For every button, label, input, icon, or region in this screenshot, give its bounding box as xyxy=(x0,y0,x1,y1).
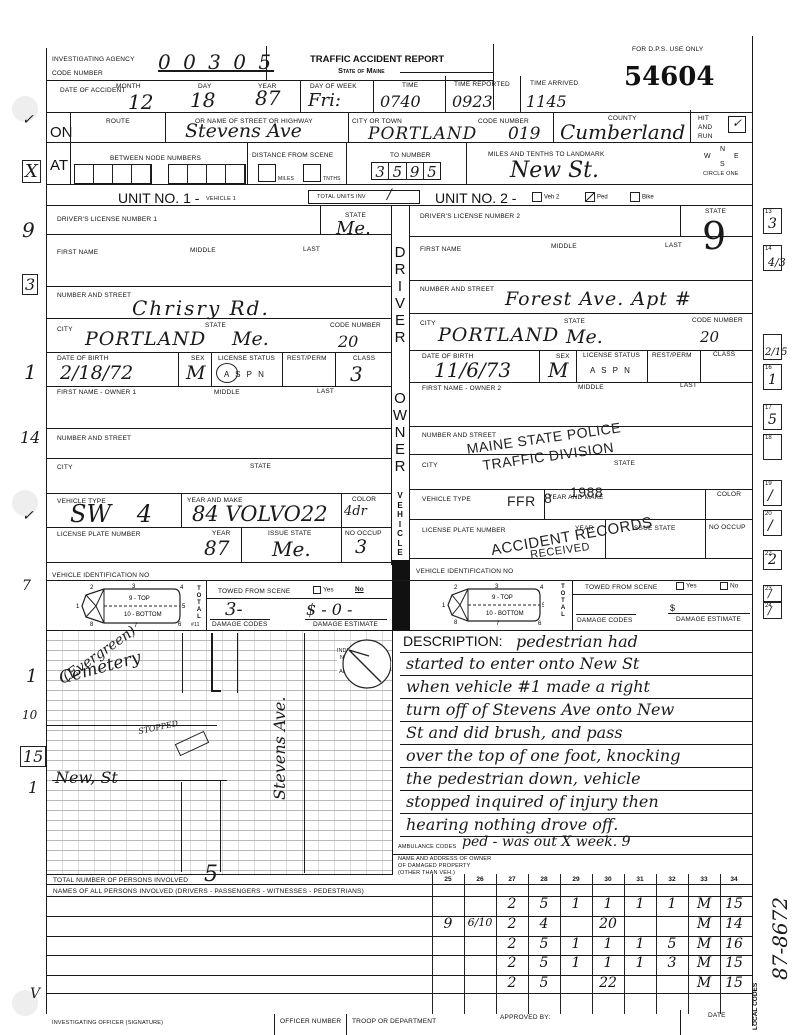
time-arrived-label: Time Arrived xyxy=(530,80,578,87)
u2-city-state-label: State xyxy=(564,318,585,325)
cell: 1 xyxy=(560,936,592,956)
u1-city-state-label: State xyxy=(205,322,226,329)
cell: 2 xyxy=(496,955,528,975)
u1-street-value: Chrisry Rd. xyxy=(132,296,270,320)
u2-license-label: Driver's License Number 2 xyxy=(420,213,520,220)
letter: E xyxy=(392,312,408,329)
month-label: Month xyxy=(116,83,141,90)
u1-street-label: Number and Street xyxy=(57,292,131,299)
margin-box-19[interactable]: 19/ xyxy=(763,480,782,506)
svg-text:4: 4 xyxy=(180,585,184,591)
unit2-bike-option[interactable]: Bike xyxy=(630,192,654,202)
box-value: 2 xyxy=(768,552,777,568)
margin-box-24[interactable]: 24/ xyxy=(763,602,782,619)
u2-damage-codes-label: Damage Codes xyxy=(577,617,633,624)
letter: L xyxy=(193,614,205,621)
cell: 15 xyxy=(720,896,748,916)
margin-box-15[interactable]: 152/15 xyxy=(763,334,782,360)
description-line: stopped inquired of injury then xyxy=(406,792,659,811)
compass-circle-label: Circle One xyxy=(703,171,739,177)
report-subtitle: State of Maine xyxy=(338,66,385,75)
u2-street-value: Forest Ave. Apt # xyxy=(505,288,692,310)
cell xyxy=(432,896,464,916)
person-row[interactable]: 251111M15 xyxy=(432,896,752,916)
cell: 4 xyxy=(528,916,560,936)
u2-plate-label: License Plate Number xyxy=(422,527,506,534)
u2-owner-state-label: State xyxy=(614,460,635,467)
box-value: / xyxy=(768,488,773,504)
divider xyxy=(410,519,752,520)
ambulance-codes-label: Ambulance Codes xyxy=(398,844,456,850)
u1-dob-value: 2/18/72 xyxy=(60,362,133,384)
vehicle-vertical-label: VEHICLE xyxy=(394,491,406,558)
u1-class-value: 3 xyxy=(350,362,363,386)
description-line: turn off of Stevens Ave onto New xyxy=(406,700,674,719)
form-left-border xyxy=(46,48,47,1028)
divider xyxy=(346,142,347,184)
rule xyxy=(400,675,752,676)
u1-plate-year-value: 87 xyxy=(204,536,229,560)
divider xyxy=(400,72,494,73)
divider xyxy=(305,619,387,620)
divider xyxy=(247,142,248,184)
cell xyxy=(624,916,656,936)
divider xyxy=(348,112,349,142)
cell: 1 xyxy=(624,896,656,916)
route-label: Route xyxy=(106,118,130,125)
time-reported-value: 0923 xyxy=(452,92,493,111)
node-number-2-field[interactable] xyxy=(168,164,246,184)
divider xyxy=(493,44,494,110)
cell: 20 xyxy=(592,916,624,936)
margin-box-17[interactable]: 175 xyxy=(763,404,782,430)
distance-miles-field[interactable] xyxy=(258,164,276,182)
svg-text:9 - TOP: 9 - TOP xyxy=(492,595,513,601)
divider xyxy=(320,205,321,235)
rule xyxy=(400,790,752,791)
cell: 2 xyxy=(496,975,528,995)
sketch-new-st: New, St xyxy=(55,768,118,787)
cell: 5 xyxy=(528,936,560,956)
dow-value: Fri: xyxy=(308,90,341,111)
total-persons-label: Total Number of Persons Involved xyxy=(53,877,188,884)
u1-owner-city-label: City xyxy=(57,464,73,471)
cell: 1 xyxy=(624,955,656,975)
svg-text:5: 5 xyxy=(542,603,544,609)
u2-middle-label: Middle xyxy=(551,243,577,250)
report-number: 54604 xyxy=(624,62,714,92)
left-mark: 1 xyxy=(26,666,37,687)
to-number-digit: 5 xyxy=(389,163,406,179)
u2-owner-middle-label: Middle xyxy=(578,384,604,391)
box-number: 20 xyxy=(765,511,772,517)
u1-license-label: Driver's License Number 1 xyxy=(57,216,157,223)
at-label: AT xyxy=(50,157,68,174)
u1-color-value: 4dr xyxy=(344,504,367,519)
svg-text:5: 5 xyxy=(182,604,186,610)
divider xyxy=(70,112,71,184)
person-row[interactable]: 96/102420M14 xyxy=(432,916,752,936)
u1-owner-first-label: First Name - Owner 1 xyxy=(57,389,136,396)
svg-text:6: 6 xyxy=(538,621,542,625)
to-number-digit: 9 xyxy=(407,163,424,179)
divider xyxy=(241,527,242,562)
divider xyxy=(210,619,270,620)
u2-code-label: Code Number xyxy=(692,317,743,324)
year-value: 87 xyxy=(255,86,280,110)
margin-box-18[interactable]: 18 xyxy=(763,434,782,460)
box-number: 19 xyxy=(765,481,772,487)
box-value: 2/15 xyxy=(765,347,787,358)
box-number: 16 xyxy=(765,365,772,371)
divider xyxy=(410,280,752,281)
left-mark: 1 xyxy=(24,360,37,384)
left-mark: ✓ xyxy=(22,508,34,524)
u2-vin-label: Vehicle Identification No xyxy=(416,568,513,575)
officer-number-label[interactable]: Officer Number xyxy=(280,1018,341,1025)
divider xyxy=(668,613,750,614)
u1-occup-value: 3 xyxy=(355,536,367,558)
cell: 2 xyxy=(496,896,528,916)
u1-car-damage-diagram[interactable]: 9 - TOP 10 - BOTTOM 12345678 xyxy=(74,583,186,627)
u2-damage-estimate-label: Damage Estimate xyxy=(676,616,741,623)
cell: 5 xyxy=(528,955,560,975)
letter: R xyxy=(392,458,408,475)
margin-box-14[interactable]: 144/3 xyxy=(763,245,782,271)
u2-car-damage-diagram[interactable]: 9 - TOP 10 - BOTTOM 12345678 xyxy=(440,583,544,625)
u2-towed-no-checkbox[interactable] xyxy=(720,582,728,590)
u2-city-state-value: Me. xyxy=(566,326,603,348)
u1-total-code: #11 xyxy=(191,622,200,628)
u1-city-state-value: Me. xyxy=(232,328,269,350)
divider xyxy=(572,594,752,595)
cell: M xyxy=(688,936,720,956)
divider xyxy=(409,205,410,565)
black-bar xyxy=(392,560,410,630)
letter: E xyxy=(392,441,408,458)
county-value: Cumberland xyxy=(560,120,685,144)
divider xyxy=(393,854,752,855)
form-right-border xyxy=(752,36,753,1026)
cell: 2 xyxy=(496,916,528,936)
divider xyxy=(46,562,392,563)
divider xyxy=(46,352,392,353)
u1-middle-label: Middle xyxy=(190,247,216,254)
cell: 1 xyxy=(560,955,592,975)
box-value: / xyxy=(768,604,772,617)
margin-box-13[interactable]: 133 xyxy=(763,208,782,234)
agency-code-label: Code Number xyxy=(52,70,103,77)
rule xyxy=(400,721,752,722)
rule xyxy=(400,813,752,814)
description-line: over the top of one foot, knocking xyxy=(406,746,680,765)
u2-sex-value: M xyxy=(548,358,568,382)
divider xyxy=(206,580,207,630)
divider xyxy=(410,382,752,383)
divider xyxy=(211,352,212,386)
u2-owner-city-label: City xyxy=(422,462,438,469)
street-value: Stevens Ave xyxy=(185,120,302,142)
u1-license-status-circle xyxy=(216,363,238,383)
troop-department-label[interactable]: Troop or Department xyxy=(352,1018,436,1025)
svg-text:6: 6 xyxy=(178,622,182,627)
hit-run-mark: ✓ xyxy=(732,116,742,130)
miles-label: Miles xyxy=(278,176,294,182)
letter: O xyxy=(557,591,569,598)
time-reported-label: Time Reported xyxy=(454,81,510,88)
distance-tenths-field[interactable] xyxy=(303,164,321,182)
compass-w[interactable]: W xyxy=(704,153,711,160)
letter: A xyxy=(193,607,205,614)
u2-state-mark: 9 xyxy=(702,214,726,258)
unit2-ped-option[interactable]: Ped xyxy=(585,192,608,202)
divider xyxy=(46,386,392,387)
divider xyxy=(539,350,540,382)
letter: E xyxy=(394,501,406,511)
between-node-label: Between Node Numbers xyxy=(110,155,201,162)
sketch-stevens-ave: Stevens Ave. xyxy=(270,697,289,800)
letter: T xyxy=(557,598,569,605)
u1-owner-street-label: Number and Street xyxy=(57,435,131,442)
u2-license-status-label: License Status xyxy=(583,352,640,359)
divider xyxy=(700,350,701,382)
compass-s[interactable]: S xyxy=(720,161,725,168)
code-value: 019 xyxy=(508,124,540,144)
u1-towed-no-selected[interactable]: No xyxy=(355,586,364,593)
hit-run-label: Hit and Run xyxy=(698,114,720,141)
u2-occup-label: No Occup xyxy=(709,524,746,531)
tenths-label: Tnths xyxy=(323,176,341,182)
letter: E xyxy=(394,548,406,558)
divider xyxy=(572,580,573,630)
cell: 9 xyxy=(432,916,464,936)
unit2-title: UNIT NO. 2 - xyxy=(435,190,516,206)
dps-label: For D.P.S. use only xyxy=(632,46,703,53)
u2-street-label: Number and Street xyxy=(420,286,494,293)
margin-box-23[interactable]: 23/ xyxy=(763,585,782,602)
road-edge xyxy=(181,782,182,872)
report-title: TRAFFIC ACCIDENT REPORT xyxy=(310,54,444,65)
person-row[interactable]: 2522M15 xyxy=(432,975,752,995)
u1-sex-label: Sex xyxy=(191,355,205,362)
unit1-title: UNIT NO. 1 - xyxy=(118,190,199,206)
stamp-date-year: 1988 xyxy=(570,484,603,500)
time-arrived-value: 1145 xyxy=(526,92,567,111)
driver-vertical-label: DRIVER xyxy=(392,244,408,346)
divider xyxy=(680,1010,681,1035)
ped-label: Ped xyxy=(597,195,608,201)
to-number-label: To Number xyxy=(390,152,431,159)
cell xyxy=(432,955,464,975)
cell xyxy=(464,896,496,916)
letter: V xyxy=(392,295,408,312)
box-value: 1 xyxy=(768,372,777,388)
unit2-veh-option[interactable]: Veh 2 xyxy=(532,192,559,202)
total-units-value: / xyxy=(387,187,392,203)
u2-owner-last-label: Last xyxy=(680,382,697,389)
cell: M xyxy=(688,896,720,916)
u2-towed-yes[interactable]: Yes xyxy=(676,582,697,590)
divider xyxy=(466,142,467,184)
cell: M xyxy=(688,916,720,936)
u2-damage-dollar: $ xyxy=(670,603,675,613)
cell: 22 xyxy=(592,975,624,995)
left-mark: 1 xyxy=(28,778,38,797)
letter: T xyxy=(193,600,205,607)
road-edge xyxy=(220,780,221,872)
veh2-label: Veh 2 xyxy=(544,195,559,201)
description-line: pedestrian had xyxy=(516,632,638,651)
divider xyxy=(373,80,374,112)
svg-text:8: 8 xyxy=(454,620,458,625)
divider xyxy=(576,350,577,382)
bike-label: Bike xyxy=(642,195,654,201)
u1-towed-label: Towed from Scene xyxy=(218,588,290,595)
u2-color-label: Color xyxy=(717,491,741,498)
u1-owner-last-label: Last xyxy=(317,388,334,395)
letter: I xyxy=(394,520,406,530)
left-mark: V xyxy=(30,986,40,1002)
u2-dob-value: 11/6/73 xyxy=(434,358,511,382)
letter: L xyxy=(394,539,406,549)
total-units-box[interactable]: Total Units Inv / xyxy=(308,190,420,204)
u1-license-state: Me. xyxy=(336,218,371,239)
letter: W xyxy=(392,407,408,424)
letter: N xyxy=(392,424,408,441)
cell: 1 xyxy=(592,936,624,956)
cell: 3 xyxy=(656,955,688,975)
divider xyxy=(178,352,179,386)
svg-text:10 - BOTTOM: 10 - BOTTOM xyxy=(124,612,162,618)
letter: C xyxy=(394,529,406,539)
divider xyxy=(300,80,301,112)
u2-towed-no[interactable]: No xyxy=(720,582,738,590)
cell xyxy=(560,916,592,936)
u2-license-status-options[interactable]: A S P N xyxy=(590,366,632,375)
divider xyxy=(46,580,752,581)
cell xyxy=(656,975,688,995)
u1-damage-estimate-value: $ - 0 - xyxy=(306,600,352,619)
agency-label: Investigating Agency xyxy=(52,56,135,63)
u1-issue-state-label: Issue State xyxy=(268,530,312,537)
description-label: DESCRIPTION: xyxy=(403,633,503,649)
u1-year-make-value: 84 VOLVO22 xyxy=(192,502,328,526)
to-number-digit: 5 xyxy=(424,163,440,179)
u1-damage-estimate-label: Damage Estimate xyxy=(313,621,378,628)
divider xyxy=(46,205,752,206)
svg-text:10 - BOTTOM: 10 - BOTTOM xyxy=(486,611,524,617)
road-edge xyxy=(211,633,213,691)
margin-vertical-note: 87-8672 xyxy=(768,897,792,980)
approved-by-label[interactable]: Approved By: xyxy=(500,1014,550,1021)
margin-box-22[interactable]: 222 xyxy=(763,550,782,570)
cell: 15 xyxy=(720,955,748,975)
left-mark: 9 xyxy=(22,218,35,242)
time-label: Time xyxy=(402,82,418,89)
node-number-1-field[interactable] xyxy=(74,164,152,184)
stamp-ffr: FFR xyxy=(507,493,536,509)
cell: 1 xyxy=(656,896,688,916)
box-number: 13 xyxy=(765,209,772,215)
person-row[interactable]: 251115M16 xyxy=(432,936,752,956)
cell xyxy=(624,975,656,995)
left-mark: 14 xyxy=(20,428,40,447)
divider xyxy=(341,493,342,562)
letter: D xyxy=(392,244,408,261)
u1-owner-middle-label: Middle xyxy=(214,389,240,396)
u2-city-label: City xyxy=(420,320,436,327)
ambulance-note: ped - was out X week. 9 xyxy=(462,834,631,850)
to-number-field[interactable]: 3 5 9 5 xyxy=(371,162,441,180)
veh2-checkbox[interactable] xyxy=(532,192,542,202)
u1-plate-label: License Plate Number xyxy=(57,531,141,538)
u2-towed-yes-checkbox[interactable] xyxy=(676,582,684,590)
left-mark: ✓ xyxy=(22,112,34,128)
u1-last-label: Last xyxy=(303,246,320,253)
divider xyxy=(705,489,706,558)
u1-sex-value: M xyxy=(186,362,205,384)
ped-checkbox[interactable] xyxy=(585,192,595,202)
person-row[interactable]: 251113M15 xyxy=(432,955,752,975)
officer-signature-label[interactable]: Investigating Officer (Signature) xyxy=(52,1020,163,1026)
divider xyxy=(46,80,494,81)
u2-code-value: 20 xyxy=(700,328,719,346)
divider xyxy=(410,236,752,237)
u1-towed-yes-checkbox[interactable] xyxy=(313,586,321,594)
u1-code-value: 20 xyxy=(338,332,358,351)
divider xyxy=(410,558,752,559)
month-value: 12 xyxy=(128,90,153,114)
divider xyxy=(445,76,446,112)
box-value: / xyxy=(768,518,773,534)
svg-text:4: 4 xyxy=(540,585,544,591)
road-edge xyxy=(182,633,183,693)
cell: 5 xyxy=(528,975,560,995)
box-value: 4/3 xyxy=(768,256,786,269)
box-number: 18 xyxy=(765,435,772,441)
cell: M xyxy=(688,975,720,995)
u1-vin-label: Vehicle Identification No xyxy=(52,572,149,579)
divider xyxy=(647,350,648,382)
box-number: 14 xyxy=(765,246,772,252)
cell: 1 xyxy=(624,936,656,956)
u2-vehicle-type-label: Vehicle Type xyxy=(422,496,471,503)
divider xyxy=(46,286,392,287)
u1-rest-label: Rest/Perm xyxy=(287,355,327,362)
bike-checkbox[interactable] xyxy=(630,192,640,202)
rule xyxy=(400,767,752,768)
compass-e[interactable]: E xyxy=(734,153,739,160)
u1-towed-yes[interactable]: Yes xyxy=(313,586,334,594)
left-mark: 3 xyxy=(22,274,38,295)
hit-run-checkbox[interactable]: ✓ xyxy=(728,116,746,133)
landmark-value: New St. xyxy=(510,158,599,183)
letter: L xyxy=(557,612,569,619)
letter: H xyxy=(394,510,406,520)
north-arrow-compass-icon[interactable] xyxy=(335,638,391,694)
margin-box-16[interactable]: 161 xyxy=(763,364,782,390)
city-value: PORTLAND xyxy=(368,124,477,144)
margin-box-20[interactable]: 20/ xyxy=(763,510,782,536)
date-label[interactable]: Date xyxy=(708,1012,726,1019)
description-line: started to enter onto New St xyxy=(406,654,639,673)
divider xyxy=(266,46,267,80)
compass-n[interactable]: N xyxy=(720,146,725,153)
divider xyxy=(392,630,393,875)
unit1-sub: Vehicle 1 xyxy=(206,196,236,202)
divider xyxy=(410,313,752,314)
rule xyxy=(400,744,752,745)
